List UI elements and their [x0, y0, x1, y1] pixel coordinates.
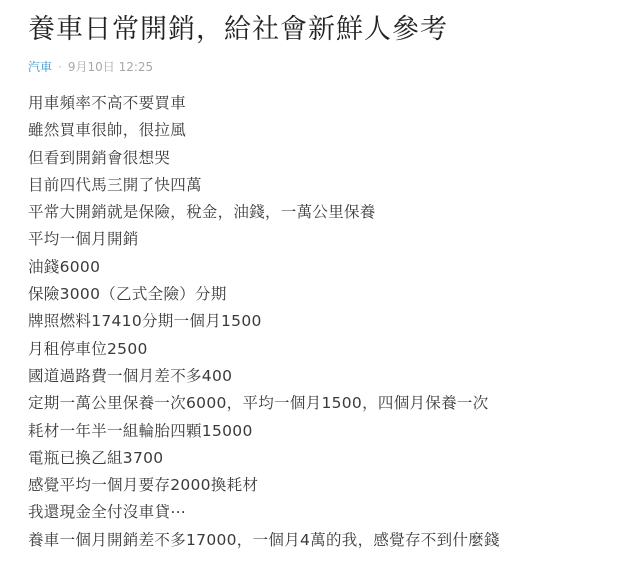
post-line: 感覺平均一個月要存2000換耗材	[28, 472, 628, 499]
meta-separator: ·	[58, 60, 62, 74]
post-article: 養車日常開銷，給社會新鮮人參考 汽車·9月10日 12:25 用車頻率不高不要買…	[28, 0, 628, 554]
post-line: 國道過路費一個月差不多400	[28, 363, 628, 390]
forum-link[interactable]: 汽車	[28, 60, 52, 74]
post-line: 我還現金全付沒車貸⋯	[28, 499, 628, 526]
post-line: 月租停車位2500	[28, 336, 628, 363]
post-body: 用車頻率不高不要買車 雖然買車很帥，很拉風 但看到開銷會很想哭 目前四代馬三開了…	[28, 90, 628, 554]
post-line: 雖然買車很帥，很拉風	[28, 117, 628, 144]
post-line: 用車頻率不高不要買車	[28, 90, 628, 117]
post-meta: 汽車·9月10日 12:25	[28, 58, 628, 76]
post-line: 定期一萬公里保養一次6000，平均一個月1500，四個月保養一次	[28, 390, 628, 417]
post-line: 電瓶已換乙組3700	[28, 445, 628, 472]
post-line: 養車一個月開銷差不多17000，一個月4萬的我，感覺存不到什麼錢	[28, 527, 628, 554]
post-line: 平常大開銷就是保險，稅金，油錢，一萬公里保養	[28, 199, 628, 226]
post-line: 保險3000（乙式全險）分期	[28, 281, 628, 308]
post-date: 9月10日 12:25	[68, 60, 153, 74]
post-line: 牌照燃料17410分期一個月1500	[28, 308, 628, 335]
post-line: 油錢6000	[28, 254, 628, 281]
post-line: 但看到開銷會很想哭	[28, 145, 628, 172]
post-title: 養車日常開銷，給社會新鮮人參考	[28, 0, 628, 49]
post-line: 目前四代馬三開了快四萬	[28, 172, 628, 199]
post-line: 耗材一年半一組輪胎四顆15000	[28, 418, 628, 445]
post-line: 平均一個月開銷	[28, 226, 628, 253]
